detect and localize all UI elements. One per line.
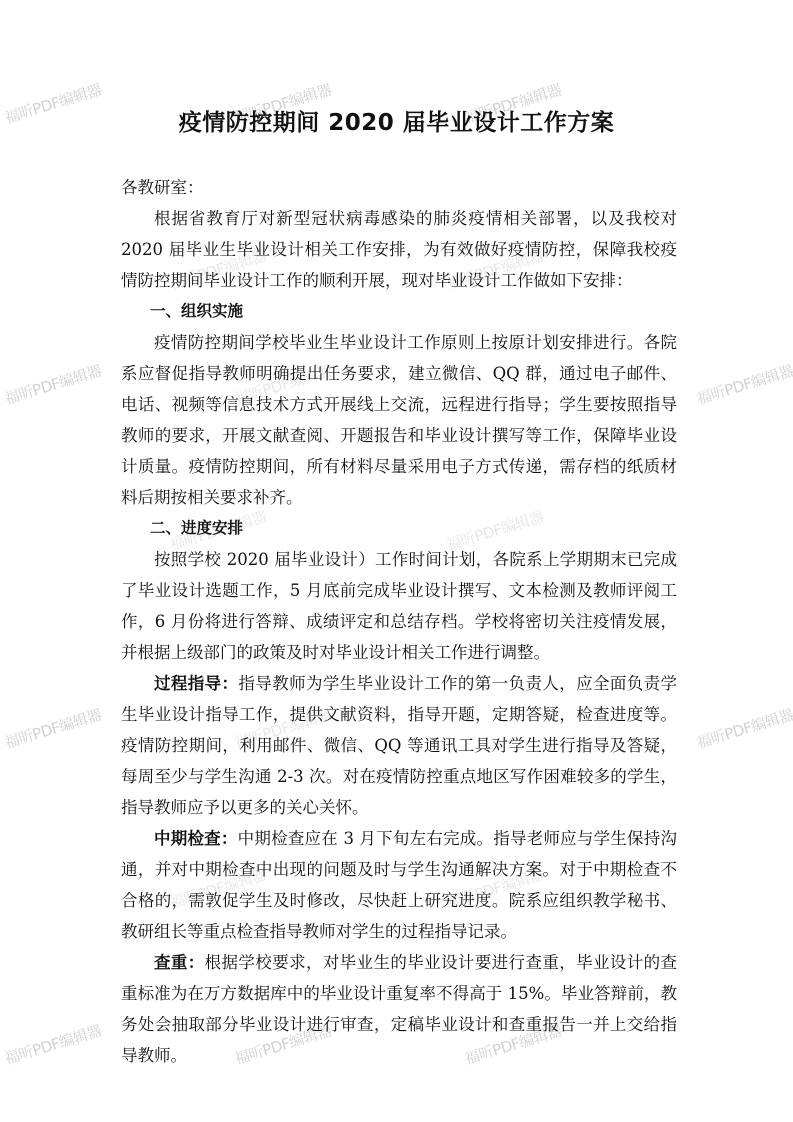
item-lead: 过程指导： xyxy=(154,674,238,693)
watermark: 福昕PDF编辑器 xyxy=(2,704,104,753)
document-title: 疫情防控期间 2020 届毕业设计工作方案 xyxy=(0,104,793,137)
item-lead: 中期检查： xyxy=(154,829,238,848)
intro-paragraph: 根据省教育厅对新型冠状病毒感染的肺炎疫情相关部署，以及我校对 2020 届毕业生… xyxy=(121,203,677,296)
item-paragraph: 查重：根据学校要求，对毕业生的毕业设计要进行查重，毕业设计的查重标准为在万方数据… xyxy=(121,947,677,1071)
item-text: 根据学校要求，对毕业生的毕业设计要进行查重，毕业设计的查重标准为在万方数据库中的… xyxy=(121,953,677,1065)
section-heading: 二、进度安排 xyxy=(121,513,677,544)
section-paragraph: 疫情防控期间学校毕业生毕业设计工作原则上按原计划安排进行。各院系应督促指导教师明… xyxy=(121,327,677,513)
salutation: 各教研室： xyxy=(121,172,677,203)
item-paragraph: 中期检查：中期检查应在 3 月下旬左右完成。指导老师应与学生保持沟通，并对中期检… xyxy=(121,823,677,947)
section-heading: 一、组织实施 xyxy=(121,296,677,327)
watermark: 福昕PDF编辑器 xyxy=(694,704,793,753)
watermark: 福昕PDF编辑器 xyxy=(2,360,104,409)
section-paragraph: 按照学校 2020 届毕业设计）工作时间计划，各院系上学期期末已完成了毕业设计选… xyxy=(121,544,677,668)
item-paragraph: 过程指导：指导教师为学生毕业设计工作的第一负责人，应全面负责学生毕业设计指导工作… xyxy=(121,668,677,823)
document-body: 各教研室： 根据省教育厅对新型冠状病毒感染的肺炎疫情相关部署，以及我校对 202… xyxy=(121,172,677,1071)
watermark: 福昕PDF编辑器 xyxy=(694,360,793,409)
watermark: 福昕PDF编辑器 xyxy=(2,1020,104,1069)
item-lead: 查重： xyxy=(154,953,205,972)
item-text: 指导教师为学生毕业设计工作的第一负责人，应全面负责学生毕业设计指导工作，提供文献… xyxy=(121,674,677,817)
